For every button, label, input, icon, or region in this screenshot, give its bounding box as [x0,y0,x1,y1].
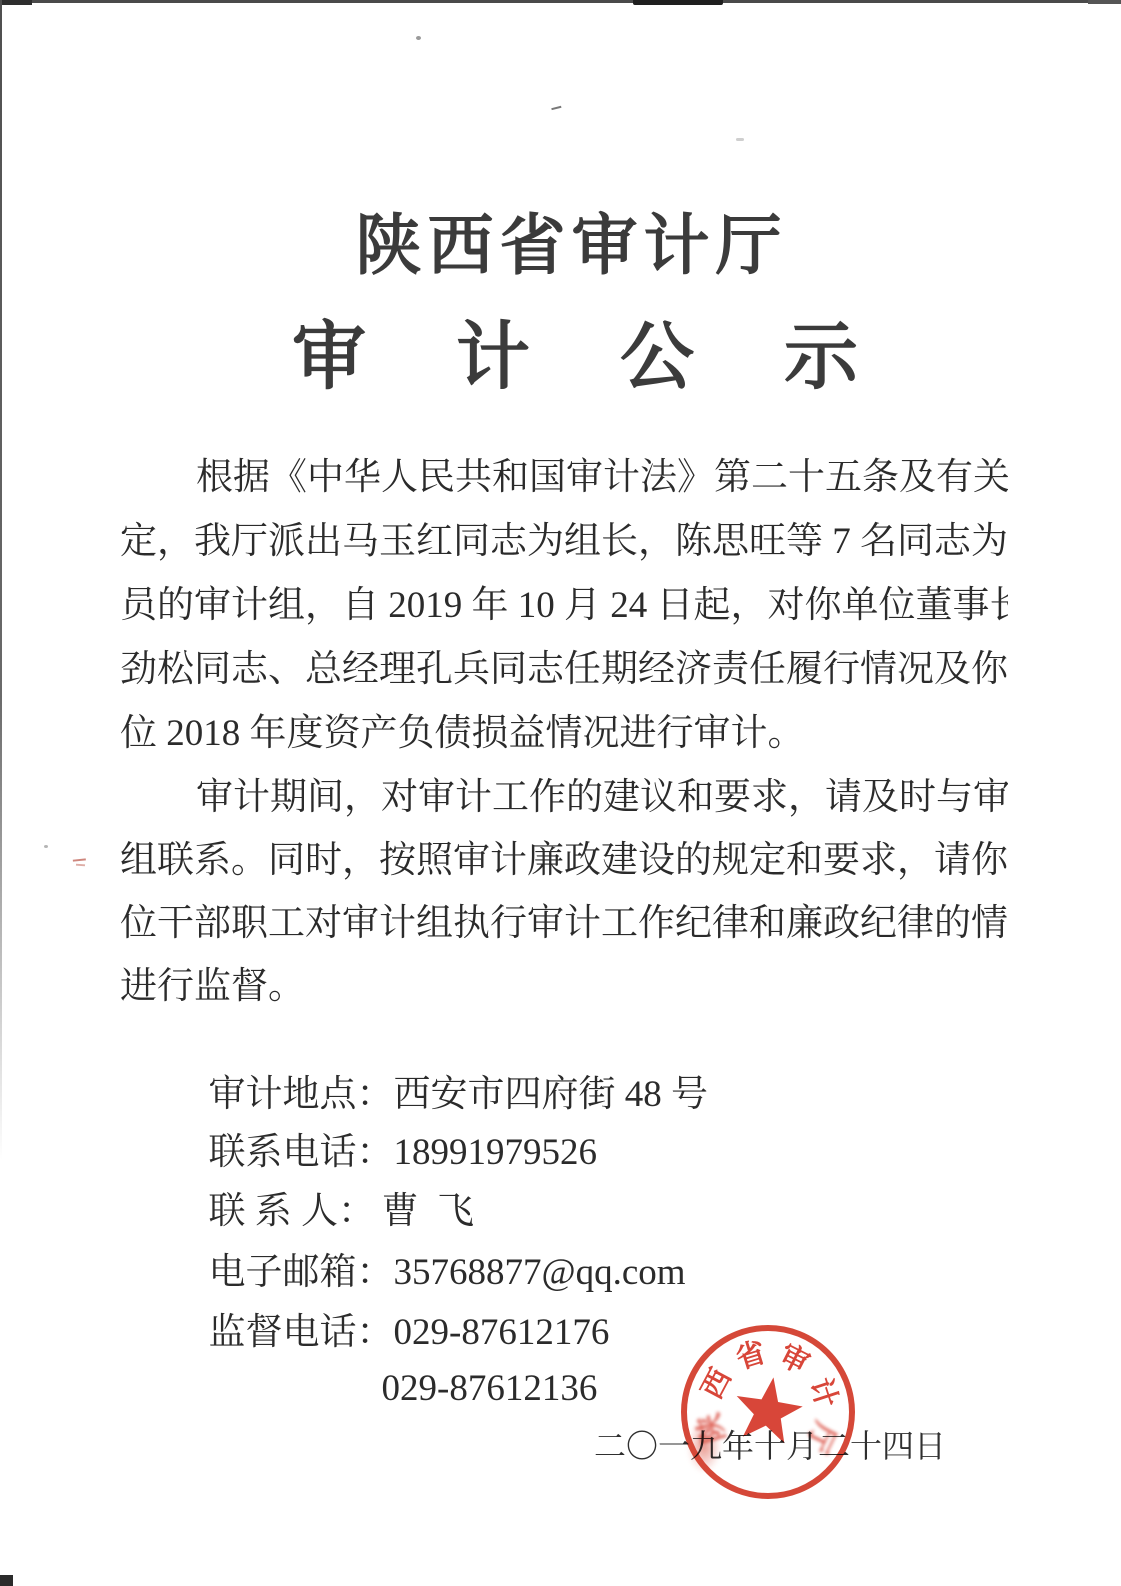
scan-speck [44,845,48,848]
paragraph-line: 根据《中华人民共和国审计法》第二十五条及有关规 [120,446,1008,510]
contact-row-audit-location: 审计地点：西安市四府街 48 号 [190,1026,708,1072]
supervision-phone2-value: 029-87612136 [382,1366,598,1412]
paragraph-line: 劲松同志、总经理孔兵同志任期经济责任履行情况及你单 [120,638,1008,702]
scan-top-edge-blob [633,0,723,5]
paragraph-line: 位干部职工对审计组执行审计工作纪律和廉政纪律的情况 [120,892,1008,955]
contact-row-phone: 联系电话：18991979526 [190,1084,597,1130]
scan-top-left-corner-mark [0,0,32,5]
contact-row-person: 联 系 人：曹 飞 [190,1143,474,1189]
scan-top-edge-line [0,0,1121,3]
scan-speck [551,103,562,110]
paragraph-legal-basis: 根据《中华人民共和国审计法》第二十五条及有关规 定，我厅派出马玉红同志为组长，陈… [120,446,1008,766]
scan-top-right-corner-mark [1088,0,1121,4]
paragraph-line: 位 2018 年度资产负债损益情况进行审计。 [120,702,1008,766]
org-title: 陕西省审计厅 [0,206,1121,284]
scan-bottom-left-mark [0,1575,13,1586]
contact-row-supervision-phone-2: 029-87612136 [190,1320,597,1366]
contact-row-supervision-phone: 监督电话：029-87612176 [190,1264,609,1310]
paragraph-line: 组联系。同时，按照审计廉政建设的规定和要求，请你单 [120,829,1008,892]
official-seal-stamp: 陕 西 省 审 计 厅 [681,1325,855,1499]
scan-red-mark [76,864,85,867]
paragraph-supervision-request: 审计期间，对审计工作的建议和要求，请及时与审计 组联系。同时，按照审计廉政建设的… [120,766,1008,1018]
paragraph-line: 定，我厅派出马玉红同志为组长，陈思旺等 7 名同志为成 [120,510,1008,574]
scan-speck [736,138,744,141]
paragraph-line: 审计期间，对审计工作的建议和要求，请及时与审计 [120,766,1008,829]
doc-title: 审计公示 [292,314,948,400]
contact-row-email: 电子邮箱：35768877@qq.com [190,1204,686,1250]
paragraph-line: 进行监督。 [120,955,1008,1018]
scan-speck [416,36,421,40]
scanned-audit-notice-page: { "page": { "org_title": "陕西省审计厅", "doc_… [0,0,1121,1586]
paragraph-line: 员的审计组，自 2019 年 10 月 24 日起，对你单位董事长冷 [120,574,1008,638]
scan-left-edge-line [0,0,2,1160]
